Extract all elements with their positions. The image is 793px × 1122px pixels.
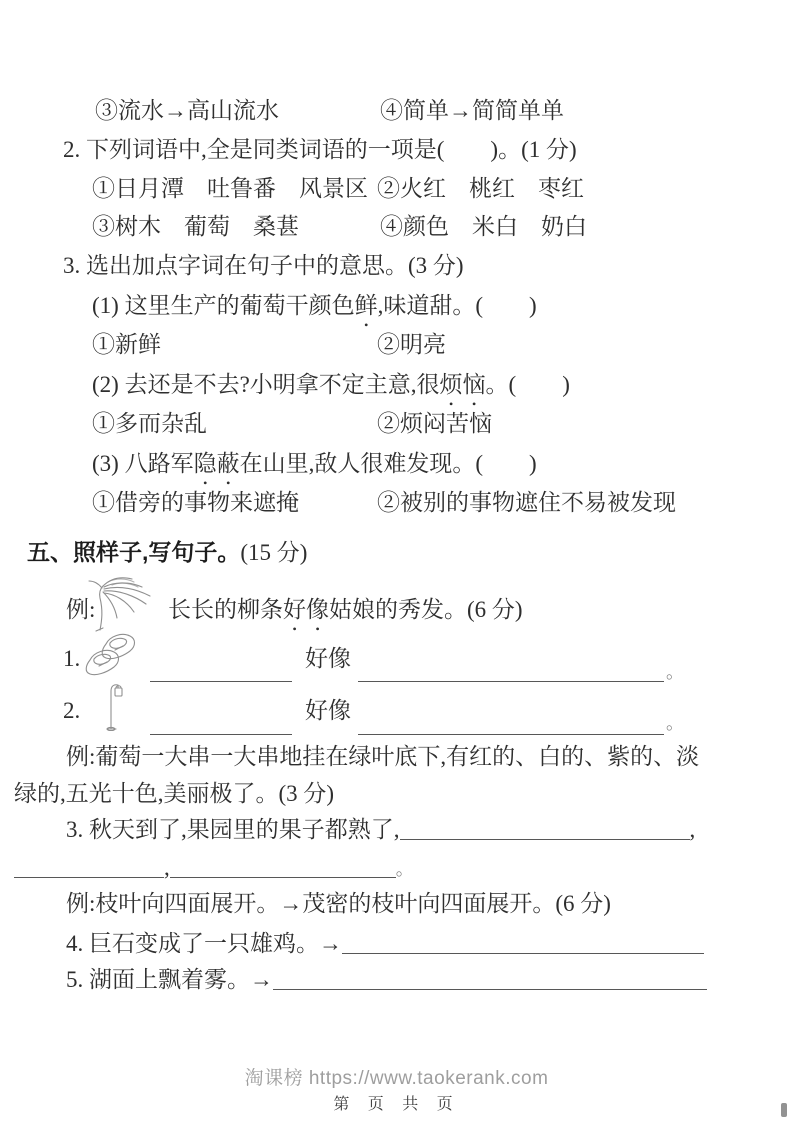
q3-sub1-sentence: (1) 这里生产的葡萄干颜色鲜,味道甜。( ) — [92, 292, 537, 332]
example1-pre: 长长的柳条 — [168, 597, 283, 622]
q3-sub1-dotted-word: 鲜 — [355, 293, 378, 318]
q1-option-4: ④简单→简简单单 — [380, 97, 564, 125]
footer-page-label: 第 页 共 页 — [0, 1091, 793, 1114]
q3-sub3-pre: (3) 八路军 — [92, 451, 194, 476]
q3-sub3-post: 在山里,敌人很难发现。( ) — [240, 451, 537, 476]
example2-line1: 例:葡萄一大串一大串地挂在绿叶底下,有红的、白的、紫的、淡 — [66, 743, 699, 771]
q3-sub3-option-2: ②被别的事物遮住不易被发现 — [377, 489, 676, 517]
item3-comma-1: , — [690, 817, 696, 842]
item4-answer-blank — [342, 930, 704, 954]
item4-stem: 4. 巨石变成了一只雄鸡。→ — [66, 931, 342, 956]
section5-score: (15 分) — [240, 540, 307, 565]
item5-stem: 5. 湖面上飘着雾。→ — [66, 967, 273, 992]
item3-period: 。 — [396, 859, 414, 879]
item1-answer-blank-1 — [150, 681, 292, 682]
willow-tree-image — [86, 574, 160, 632]
street-lamp-image — [103, 681, 129, 731]
item3-answer-blank-2 — [14, 854, 164, 878]
q3-sub1-option-2: ②明亮 — [377, 331, 446, 359]
item1-number: 1. — [63, 645, 80, 673]
q3-sub2-pre: (2) 去还是不去?小明拿不定主意,很 — [92, 372, 440, 397]
item2-connector: 好像 — [305, 697, 351, 725]
item3-line2: ,。 — [14, 851, 414, 882]
q3-sub3-sentence: (3) 八路军隐蔽在山里,敌人很难发现。( ) — [92, 450, 537, 490]
q3-sub1-option-1: ①新鲜 — [92, 331, 161, 359]
q1-option-3: ③流水→高山流水 — [95, 97, 279, 125]
q2-option-3: ③树木 葡萄 桑葚 — [92, 213, 299, 241]
item2-answer-blank-2 — [358, 734, 664, 735]
item3-answer-blank-1 — [400, 816, 690, 840]
q3-sub2-option-2: ②烦闷苦恼 — [377, 410, 492, 438]
pair-of-shoes-image — [82, 630, 140, 682]
section5-title: 五、照样子,写句子。(15 分) — [27, 539, 307, 567]
q3-sub2-sentence: (2) 去还是不去?小明拿不定主意,很烦恼。( ) — [92, 371, 570, 411]
item3-answer-blank-3 — [170, 854, 396, 878]
item1-connector: 好像 — [305, 645, 351, 673]
q3-sub3-dotted-word: 隐蔽 — [194, 451, 240, 476]
item1-answer-blank-2 — [358, 681, 664, 682]
scan-artifact — [781, 1103, 787, 1117]
q2-option-2: ②火红 桃红 枣红 — [377, 175, 584, 203]
worksheet-page: ③流水→高山流水 ④简单→简简单单 2. 下列词语中,全是同类词语的一项是( )… — [0, 0, 793, 1122]
item2-answer-blank-1 — [150, 734, 292, 735]
q2-stem: 2. 下列词语中,全是同类词语的一项是( )。(1 分) — [63, 136, 577, 164]
example3-sentence: 例:枝叶向四面展开。→茂密的枝叶向四面展开。(6 分) — [66, 890, 611, 918]
q3-sub1-post: ,味道甜。( ) — [378, 293, 537, 318]
example2-line2: 绿的,五光十色,美丽极了。(3 分) — [14, 780, 334, 808]
item2-period: 。 — [666, 713, 684, 735]
item1-period: 。 — [666, 662, 684, 684]
q3-sub2-dotted-word: 烦恼 — [440, 372, 486, 397]
item5-answer-blank — [273, 966, 707, 990]
item2-number: 2. — [63, 697, 80, 725]
item5-line: 5. 湖面上飘着雾。→ — [66, 963, 707, 994]
footer-brand-url: 淘课榜 https://www.taokerank.com — [0, 1063, 793, 1090]
q2-option-1: ①日月潭 吐鲁番 风景区 — [92, 175, 368, 203]
example1-post: 姑娘的秀发。(6 分) — [329, 597, 523, 622]
q3-sub1-pre: (1) 这里生产的葡萄干颜色 — [92, 293, 355, 318]
example1-sentence: 长长的柳条好像姑娘的秀发。(6 分) — [168, 596, 523, 636]
q2-option-4: ④颜色 米白 奶白 — [380, 213, 587, 241]
q3-sub2-option-1: ①多而杂乱 — [92, 410, 207, 438]
q3-sub3-option-1: ①借旁的事物来遮掩 — [92, 489, 299, 517]
q3-stem: 3. 选出加点字词在句子中的意思。(3 分) — [63, 252, 464, 280]
q3-sub2-post: 。( ) — [486, 372, 570, 397]
item4-line: 4. 巨石变成了一只雄鸡。→ — [66, 927, 704, 958]
item3-stem: 3. 秋天到了,果园里的果子都熟了, — [66, 817, 400, 842]
section5-title-text: 五、照样子,写句子。 — [27, 539, 240, 565]
item3-line1: 3. 秋天到了,果园里的果子都熟了,, — [66, 813, 695, 844]
example1-dotted-word: 好像 — [283, 597, 329, 622]
